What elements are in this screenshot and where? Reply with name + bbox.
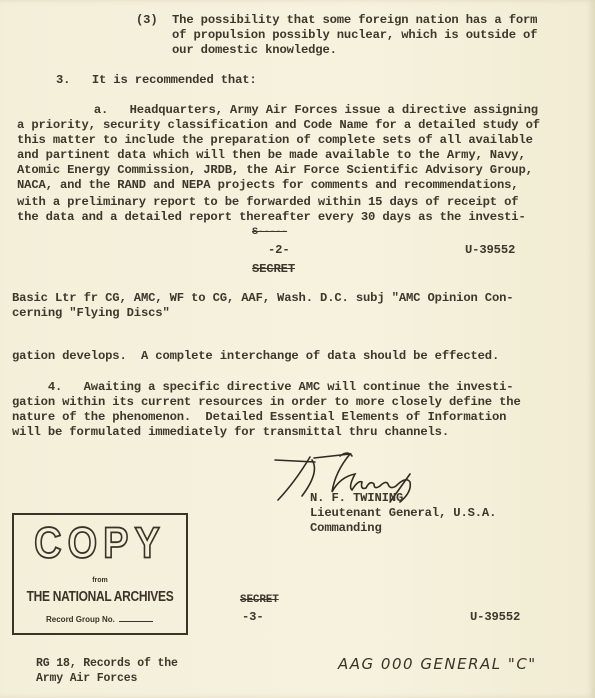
handwritten-file-note: AAG 000 GENERAL "C": [338, 655, 537, 673]
continuation-header-line-2: cerning "Flying Discs": [12, 306, 170, 321]
para-3a-line-5: Atomic Energy Commission, JRDB, the Air …: [17, 163, 533, 178]
para-3-heading: 3. It is recommended that:: [56, 73, 257, 88]
national-archives-copy-stamp: COPY from THE NATIONAL ARCHIVES Record G…: [12, 513, 188, 635]
para-4-line-3: nature of the phenomenon. Detailed Essen…: [12, 410, 506, 425]
signer-title: Commanding: [310, 521, 382, 536]
stamp-copy-text: COPY: [14, 520, 186, 569]
continuation-header-line-1: Basic Ltr fr CG, AMC, WF to CG, AAF, Was…: [12, 291, 513, 306]
stamp-record-group-blank: [119, 621, 153, 622]
para-4-line-1: 4. Awaiting a specific directive AMC wil…: [12, 380, 513, 395]
stamp-record-group: Record Group No.: [46, 615, 153, 624]
item-3-line-1: The possibility that some foreign nation…: [172, 13, 537, 28]
control-number-page-3: U-39552: [470, 610, 520, 625]
classification-secret-page-2: SECRET: [252, 262, 295, 277]
stamp-record-group-label: Record Group No.: [46, 615, 115, 624]
para-3a-line-2: a priority, security classification and …: [17, 118, 540, 133]
control-number-page-2: U-39552: [465, 243, 515, 258]
stamp-archives-text: THE NATIONAL ARCHIVES: [14, 588, 186, 605]
para-4-line-2: gation within its current resources in o…: [12, 395, 521, 410]
source-note-line-1: RG 18, Records of the: [36, 656, 178, 671]
signer-rank: Lieutenant General, U.S.A.: [310, 506, 496, 521]
para-3a-line-3: this matter to include the preparation o…: [17, 133, 533, 148]
page-number-2: -2-: [268, 243, 290, 258]
para-3a-line-6: NACA, and the RAND and NEPA projects for…: [17, 178, 518, 193]
para-3a-line-7: with a preliminary report to be forwarde…: [17, 195, 518, 210]
para-3a-line-1: a. Headquarters, Army Air Forces issue a…: [58, 103, 538, 118]
para-3a-line-4: and partinent data which will then be ma…: [17, 148, 526, 163]
item-3-line-3: our domestic knowledge.: [172, 43, 337, 58]
para-3a-line-8: the data and a detailed report thereafte…: [17, 210, 526, 225]
item-3-line-2: of propulsion possibly nuclear, which is…: [172, 28, 537, 43]
document-page: (3) The possibility that some foreign na…: [0, 0, 595, 698]
classification-secret-page-3: SECRET: [240, 593, 279, 608]
classification-marking-top: S-----: [252, 225, 287, 240]
para-4-line-4: will be formulated immediately for trans…: [12, 425, 449, 440]
item-marker-3: (3): [136, 13, 158, 28]
continuation-line: gation develops. A complete interchange …: [12, 349, 499, 364]
signer-name: N. F. TWINING: [310, 491, 403, 506]
stamp-from-text: from: [14, 577, 186, 584]
source-note-line-2: Army Air Forces: [36, 671, 137, 686]
page-number-3: -3-: [242, 610, 264, 625]
